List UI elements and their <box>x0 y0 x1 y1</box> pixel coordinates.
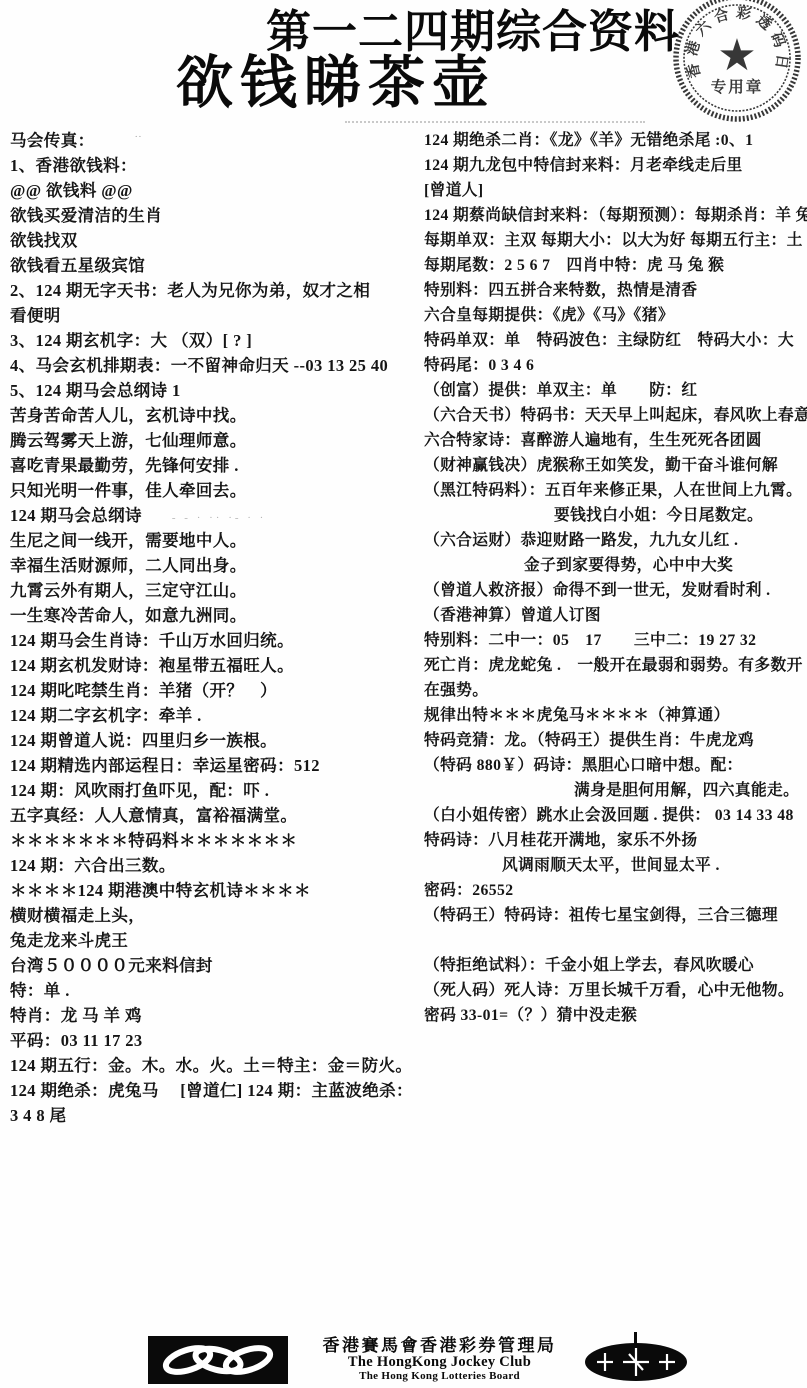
text-line: （创富）提供：单双主：单 防：红 <box>424 378 807 403</box>
text-line: 密码 33-01=（？）猜中没走猴 <box>424 1003 807 1028</box>
text-line: @@ 欲钱料 @@ <box>10 178 420 203</box>
text-line: 一生寒冷苦命人，如意九洲同。 <box>10 603 420 628</box>
organization-name-chinese: 香港賽馬會香港彩券管理局 <box>292 1336 587 1355</box>
lotteries-board-label: The Hong Kong Lotteries Board <box>292 1370 587 1382</box>
blank-line <box>424 928 807 953</box>
text-line: 特：单 . <box>10 978 420 1003</box>
text-line: 横财横福走上头， <box>10 903 420 928</box>
text-line: 124 期马会总纲诗- - · ·· ·- · · <box>10 503 420 528</box>
organization-block: 香港賽馬會香港彩券管理局 The HongKong Jockey Club Th… <box>292 1336 587 1382</box>
text-line: （六合天书）特码书：天天早上叫起床，春风吹上春意来 . . <box>424 403 807 428</box>
text-line: 九霄云外有期人，三定守江山。 <box>10 578 420 603</box>
text-line: 只知光明一件事，佳人牵回去。 <box>10 478 420 503</box>
text-line: （特拒绝试料）：千金小姐上学去，春风吹暖心 <box>424 953 807 978</box>
scan-artifact-dots <box>345 121 645 123</box>
text-line: 124 期：六合出三数。 <box>10 853 420 878</box>
text-line: 每期单双：主双 每期大小：以大为好 每期五行主：土 . <box>424 228 807 253</box>
text-line: 124 期五行：金。木。水。火。土＝特主：金＝防火。 <box>10 1053 420 1078</box>
text-line: （曾道人救济报）命得不到一世无，发财看时利 . <box>424 578 807 603</box>
text-line: 特码单双：单 特码波色：主绿防红 特码大小：大 <box>424 328 807 353</box>
scan-artifact: ˙˙ <box>135 135 142 146</box>
star-icon: ★ <box>717 31 756 80</box>
text-line: 124 期马会生肖诗：千山万水回归统。 <box>10 628 420 653</box>
text-line: （黑江特码料）：五百年来修正果，人在世间上九霄。 <box>424 478 807 503</box>
text-line: （死人码）死人诗：万里长城千万看，心中无他物。 <box>424 978 807 1003</box>
text-line-stars: 规律出特＊＊＊虎兔马＊＊＊＊（神算通） <box>424 703 807 728</box>
page-subtitle: 欲钱睇茶壶 <box>176 52 496 116</box>
text-line: 5、124 期马会总纲诗 1 <box>10 378 420 403</box>
text-line: 特别料：四五拼合来特数，热情是清香 <box>424 278 807 303</box>
text-line: 在强势。 <box>424 678 807 703</box>
page-title: 第一二四期综合资料 <box>266 6 680 58</box>
text-line: 特别料：二中一：05 17 三中二：19 27 32 <box>424 628 807 653</box>
right-column: 124 期绝杀二肖：《龙》《羊》无错绝杀尾 :0、1 124 期九龙包中特信封来… <box>424 128 807 1028</box>
text-line: 欲钱看五星级宾馆 <box>10 253 420 278</box>
text-line: 4、马会玄机排期表：一不留神命归天 --03 13 25 40 <box>10 353 420 378</box>
scanned-lottery-sheet: 第一二四期综合资料 欲钱睇茶壶 香港六合彩透码日报社 ★ 专用章 马会传真：˙˙… <box>0 0 807 1388</box>
text-line: 3、124 期玄机字：大 （双）[ ? ] <box>10 328 420 353</box>
jockey-club-logo <box>148 1336 288 1384</box>
text-line: 124 期：风吹雨打鱼吓见，配：吓 . <box>10 778 420 803</box>
text-line: 马会传真：˙˙ <box>10 128 420 153</box>
text-line: 欲钱找双 <box>10 228 420 253</box>
text-line: 腾云驾雾天上游，七仙理师意。 <box>10 428 420 453</box>
text-line: 3 4 8 尾 <box>10 1103 420 1128</box>
text-line: 兔走龙来斗虎王 <box>10 928 420 953</box>
text-line: 124 期绝杀：虎兔马 [曾道仁] 124 期：主蓝波绝杀： <box>10 1078 420 1103</box>
seal-center-label: 专用章 <box>711 77 764 96</box>
text-line: 特码尾：0 3 4 6 <box>424 353 807 378</box>
text-line: 每期尾数：2 5 6 7 四肖中特：虎 马 兔 猴 <box>424 253 807 278</box>
text-line: 苦身苦命苦人儿，玄机诗中找。 <box>10 403 420 428</box>
text-line: 124 期绝杀二肖：《龙》《羊》无错绝杀尾 :0、1 <box>424 128 807 153</box>
text-line: 满身是胆何用解，四六真能走。 <box>424 778 807 803</box>
text-line: 金子到家要得势，心中中大奖 <box>424 553 807 578</box>
text-line: 平码：03 11 17 23 <box>10 1028 420 1053</box>
text-line: （六合运财）恭迎财路一路发，九九女儿红 . <box>424 528 807 553</box>
text-line: 看便明 <box>10 303 420 328</box>
text-line: 风调雨顺天太平，世间显太平 . <box>424 853 807 878</box>
text-line: 幸福生活财源师，二人同出身。 <box>10 553 420 578</box>
text-line: 五字真经：人人意情真，富裕福满堂。 <box>10 803 420 828</box>
text-line: 密码：26552 <box>424 878 807 903</box>
text-line: 124 期曾道人说：四里归乡一族根。 <box>10 728 420 753</box>
lotteries-board-logo <box>583 1330 689 1384</box>
text-line: [曾道人] <box>424 178 807 203</box>
text-line: 六合皇每期提供：《虎》《马》《猪》 <box>424 303 807 328</box>
text-line: 1、香港欲钱料： <box>10 153 420 178</box>
text-line: 124 期精选内部运程日：幸运星密码：512 <box>10 753 420 778</box>
text-line: 六合特家诗：喜醉游人遍地有，生生死死各团圆 <box>424 428 807 453</box>
organization-name-english: The HongKong Jockey Club <box>292 1355 587 1370</box>
text-line: 特码诗：八月桂花开满地，家乐不外扬 <box>424 828 807 853</box>
scan-artifact: - - · ·· ·- · · <box>172 512 266 524</box>
text-line: 124 期叱咤禁生肖：羊猪（开？ ） <box>10 678 420 703</box>
text-line: （白小姐传密）跳水止会汲回题 . 提供： 03 14 33 48 <box>424 803 807 828</box>
left-column: 马会传真：˙˙ 1、香港欲钱料： @@ 欲钱料 @@ 欲钱买爱清洁的生肖 欲钱找… <box>10 128 420 1128</box>
text-line: 特码竞猜：龙。（特码王）提供生肖：牛虎龙鸡 <box>424 728 807 753</box>
text-line-stars: ＊＊＊＊＊＊＊特码料＊＊＊＊＊＊＊ <box>10 828 420 853</box>
approval-seal: 香港六合彩透码日报社 ★ 专用章 <box>667 0 807 126</box>
text-line: 特肖：龙 马 羊 鸡 <box>10 1003 420 1028</box>
text-line: 死亡肖：虎龙蛇兔 . 一般开在最弱和弱势。有多数开 <box>424 653 807 678</box>
text-line: 124 期九龙包中特信封来料：月老牵线走后里 <box>424 153 807 178</box>
text-line: 要钱找白小姐：今日尾数定。 <box>424 503 807 528</box>
text-line: （特码 880￥）码诗：黑胆心口暗中想。配： <box>424 753 807 778</box>
text-line: 124 期蔡尚缺信封来料：（每期预测）：每期杀肖：羊 兔 <box>424 203 807 228</box>
text-line: 2、124 期无字天书：老人为兄你为弟，奴才之相 <box>10 278 420 303</box>
text-line: 124 期玄机发财诗：袍星带五福旺人。 <box>10 653 420 678</box>
text-line-fax: 马会传真： <box>10 131 95 150</box>
text-line-poem-title: 124 期马会总纲诗 <box>10 506 142 525</box>
text-line: 台湾５００００元来料信封 <box>10 953 420 978</box>
text-line: 生尼之间一线开，需要地中人。 <box>10 528 420 553</box>
text-line: 喜吃青果最勤劳，先锋何安排 . <box>10 453 420 478</box>
text-line: （香港神算）曾道人订图 <box>424 603 807 628</box>
text-line: 124 期二字玄机字：牵羊 . <box>10 703 420 728</box>
text-line-stars: ＊＊＊＊124 期港澳中特玄机诗＊＊＊＊ <box>10 878 420 903</box>
text-line: （财神赢钱决）虎猴称王如笑发，勤干奋斗谁何解 <box>424 453 807 478</box>
text-line: （特码王）特码诗：祖传七星宝剑得，三合三德理 <box>424 903 807 928</box>
text-line: 欲钱买爱清洁的生肖 <box>10 203 420 228</box>
